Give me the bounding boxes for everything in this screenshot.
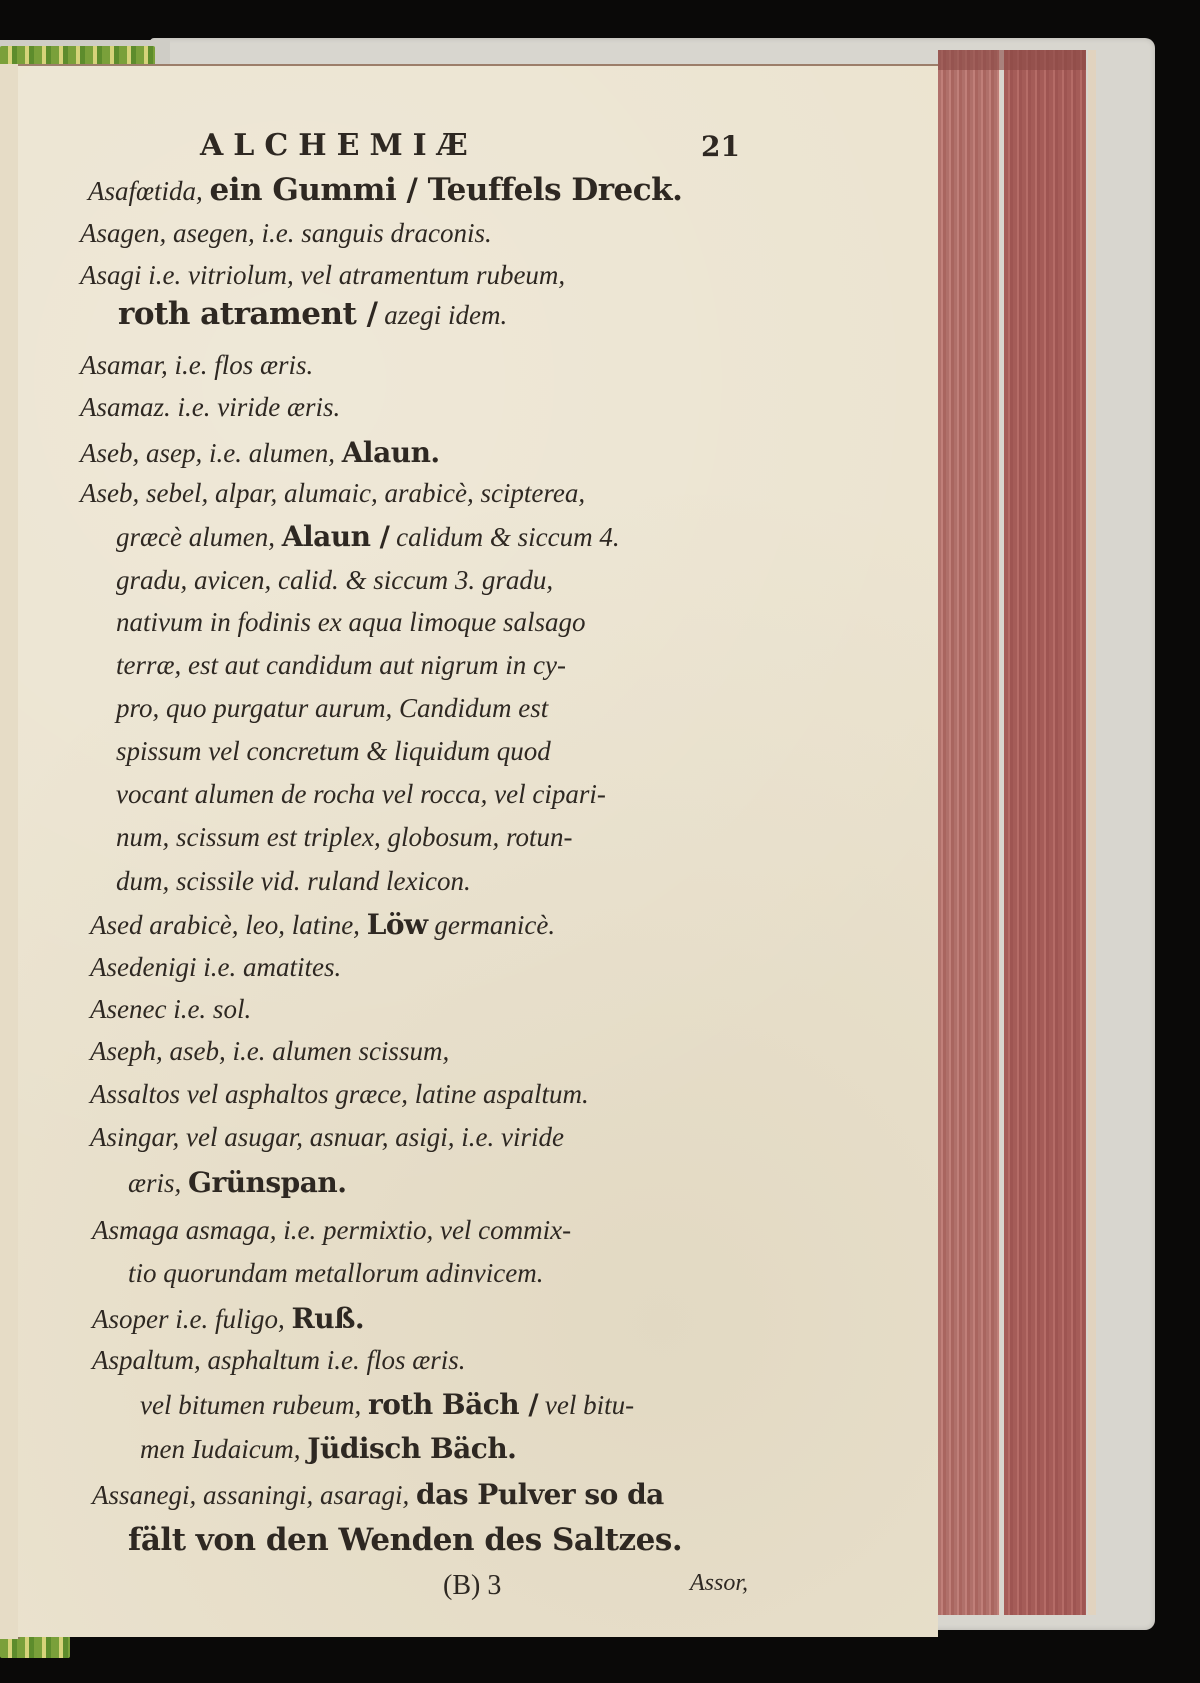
- entry-line: dum, scissile vid. ruland lexicon.: [116, 866, 471, 897]
- entry-line: tio quorundam metallorum adinvicem.: [128, 1258, 543, 1289]
- entry-line: Aseb, asep, i.e. alumen, Alaun.: [80, 436, 440, 469]
- entry-line: roth atrament / azegi idem.: [118, 296, 507, 332]
- entry-line: Asagen, asegen, i.e. sanguis draconis.: [80, 218, 492, 249]
- entry-line: Aseb, sebel, alpar, alumaic, arabicè, sc…: [80, 478, 585, 509]
- entry-line: Aspaltum, asphaltum i.e. flos æris.: [92, 1345, 466, 1376]
- running-title: ALCHEMIÆ: [200, 128, 478, 163]
- entry-line: Asingar, vel asugar, asnuar, asigi, i.e.…: [90, 1122, 564, 1153]
- entry-line: græcè alumen, Alaun / calidum & siccum 4…: [116, 520, 620, 553]
- entry-line: num, scissum est triplex, globosum, rotu…: [116, 822, 572, 853]
- entry-line: terræ, est aut candidum aut nigrum in cy…: [116, 650, 566, 681]
- page-number: 21: [701, 130, 740, 163]
- entry-line: Aseph, aseb, i.e. alumen scissum,: [90, 1036, 449, 1067]
- entry-line: Asagi i.e. vitriolum, vel atramentum rub…: [80, 260, 565, 291]
- page-text: ALCHEMIÆ 21 Asafœtida, ein Gummi / Teuff…: [0, 0, 1200, 1683]
- entry-line: men Iudaicum, Jüdisch Bäch.: [140, 1432, 516, 1465]
- running-header: ALCHEMIÆ 21: [200, 128, 740, 168]
- entry-line: Asedenigi i.e. amatites.: [90, 952, 341, 983]
- entry-line: Assanegi, assaningi, asaragi, das Pulver…: [92, 1478, 664, 1511]
- entry-line: Asamaz. i.e. viride æris.: [80, 392, 340, 423]
- entry-line: Ased arabicè, leo, latine, Löw germanicè…: [90, 908, 555, 941]
- entry-line: æris, Grünspan.: [128, 1166, 347, 1199]
- signature-mark: (B) 3: [443, 1570, 501, 1602]
- entry-line: spissum vel concretum & liquidum quod: [116, 736, 551, 767]
- entry-line: vel bitumen rubeum, roth Bäch / vel bitu…: [140, 1388, 634, 1421]
- entry-line: vocant alumen de rocha vel rocca, vel ci…: [116, 779, 606, 810]
- entry-line: Asoper i.e. fuligo, Ruß.: [92, 1302, 364, 1335]
- entry-line: Asmaga asmaga, i.e. permixtio, vel commi…: [92, 1215, 571, 1246]
- entry-line: pro, quo purgatur aurum, Candidum est: [116, 693, 548, 724]
- entry-line: gradu, avicen, calid. & siccum 3. gradu,: [116, 565, 553, 596]
- entry-line: fält von den Wenden des Saltzes.: [128, 1522, 682, 1558]
- catchword: Assor,: [690, 1570, 748, 1597]
- entry-line: Assaltos vel asphaltos græce, latine asp…: [90, 1079, 589, 1110]
- entry-line: Asafœtida, ein Gummi / Teuffels Dreck.: [88, 172, 682, 208]
- entry-line: Asenec i.e. sol.: [90, 994, 251, 1025]
- entry-line: Asamar, i.e. flos æris.: [80, 350, 313, 381]
- entry-line: nativum in fodinis ex aqua limoque salsa…: [116, 607, 585, 638]
